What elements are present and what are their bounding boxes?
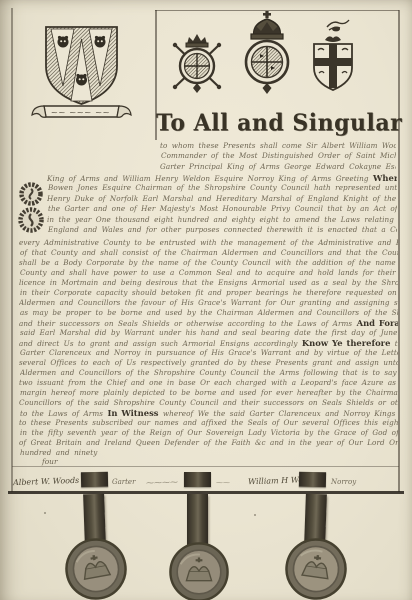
- frame-right: [398, 10, 400, 492]
- script-line: to whom these Presents shall come Sir Al…: [160, 141, 396, 151]
- script-segment: to the Laws of Arms: [20, 409, 107, 418]
- script-line: shall be a Body Corporate by the name of…: [19, 258, 398, 268]
- signature-garter: Albert W. Woods: [13, 476, 80, 487]
- script-segment: in the year One thousand eight hundred a…: [47, 215, 397, 224]
- gothic-phrase: And Forasmuch: [357, 318, 398, 328]
- script-segment: Aldermen and Councillors the favour of H…: [19, 298, 398, 307]
- script-line: Aldermen and Councillors of the Shropshi…: [20, 368, 398, 378]
- script-segment: Commander of the Most Distinguished Orde…: [161, 151, 396, 160]
- signature-office-garter: Garter: [112, 478, 135, 486]
- script-segment: of that County and shall consist of the …: [20, 248, 398, 257]
- script-line: licence in Mortmain and being desirous t…: [19, 278, 398, 288]
- cross-shield-dove-badge-icon: [305, 18, 361, 98]
- gothic-phrase: In Witness: [107, 408, 158, 418]
- script-segment: that We the said: [390, 339, 398, 348]
- script-line: two issuant from the Chief and one in ba…: [19, 378, 398, 388]
- script-line: of Great Britain and Ireland Queen Defen…: [19, 438, 398, 448]
- script-segment: shall be a Body Corporate by the name of…: [19, 258, 398, 267]
- frame-left: [11, 8, 13, 492]
- crowned-garter-badge-icon: [236, 10, 298, 96]
- script-segment: County and shall have power to use a Com…: [20, 268, 398, 277]
- script-line: Henry Duke of Norfolk Earl Marshal and H…: [47, 194, 397, 204]
- script-segment: of Great Britain and Ireland Queen Defen…: [19, 438, 398, 447]
- body-text-medium: King of Arms and William Henry Weldon Es…: [47, 173, 397, 236]
- script-line: every Administrative County to be entrus…: [19, 238, 398, 248]
- signature-office-norroy: Norroy: [331, 478, 356, 486]
- script-line: King of Arms and William Henry Weldon Es…: [47, 173, 397, 183]
- script-segment: King of Arms and William Henry Weldon Es…: [47, 174, 373, 183]
- script-segment: Councillors of the said Shropshire Count…: [19, 398, 398, 407]
- motto-text: ⁓⁓ ⁓⁓⁓ ⁓⁓: [51, 110, 110, 117]
- script-segment: the Garter and one of Her Majesty's Most…: [48, 204, 397, 213]
- grant-of-arms-document: ⁓⁓ ⁓⁓⁓ ⁓⁓: [0, 0, 412, 600]
- script-line: England and Wales and for other purposes…: [48, 225, 397, 235]
- script-segment: in their Corporate capacity should betok…: [20, 288, 398, 297]
- script-segment: Garter Principal King of Arms George Edw…: [160, 162, 396, 171]
- script-line: in their Corporate capacity should betok…: [20, 288, 398, 298]
- script-segment: margin hereof more plainly depicted to b…: [20, 388, 398, 397]
- script-segment: hundred and ninety: [20, 448, 97, 457]
- wax-seal-norroy: [280, 533, 352, 600]
- script-line: to the Laws of Arms In Witness whereof W…: [20, 408, 398, 418]
- seal-ribbon-tab-1: [81, 472, 108, 487]
- signature-clarenceux: ⁓⁓⁓⁓: [146, 477, 178, 487]
- script-line: hundred and ninety: [20, 448, 398, 458]
- gothic-phrase: Whereas: [373, 173, 397, 183]
- script-segment: whereof We the said Garter Clarenceux an…: [159, 409, 398, 418]
- script-line: to these Presents subscribed our names a…: [19, 418, 398, 428]
- script-segment: several Offices to each of Us respective…: [19, 358, 398, 367]
- margin-stamp-upper: [18, 181, 44, 207]
- script-line: as may be proper to be borne and used by…: [20, 308, 398, 318]
- body-text-narrow: to whom these Presents shall come Sir Al…: [160, 141, 396, 173]
- signature-office-clarenceux: ⁓⁓: [216, 479, 230, 487]
- shropshire-coat-of-arms: ⁓⁓ ⁓⁓⁓ ⁓⁓: [30, 22, 132, 122]
- margin-stamp-lower: [17, 206, 45, 234]
- script-segment: in the fifty seventh year of the Reign o…: [20, 428, 398, 437]
- script-line: County and shall have power to use a Com…: [20, 268, 398, 278]
- script-segment: every Administrative County to be entrus…: [19, 238, 398, 247]
- wax-seal-garter: [59, 532, 133, 600]
- script-segment: Aldermen and Councillors of the Shropshi…: [20, 368, 398, 377]
- script-line: Aldermen and Councillors the favour of H…: [19, 298, 398, 308]
- script-line: in the fifty seventh year of the Reign o…: [20, 428, 398, 438]
- script-line: margin hereof more plainly depicted to b…: [20, 388, 398, 398]
- ink-speck: [44, 512, 46, 514]
- script-segment: England and Wales and for other purposes…: [48, 225, 397, 234]
- script-line: Garter Principal King of Arms George Edw…: [160, 162, 396, 172]
- script-segment: said Earl Marshal did by Warrant under h…: [20, 328, 398, 337]
- seal-ribbon-tab-2: [184, 472, 211, 487]
- script-line: and their successors on Seals Shields or…: [19, 318, 398, 328]
- script-segment: and direct Us to grant and assign such A…: [19, 339, 302, 348]
- script-segment: Bowen Jones Esquire Chairman of the Shro…: [48, 183, 397, 192]
- script-line: Councillors of the said Shropshire Count…: [19, 398, 398, 408]
- gothic-phrase: Know Ye therefore: [302, 338, 391, 348]
- document-heading: To All and Singular: [156, 109, 400, 141]
- frame-inner-bottom: [12, 466, 399, 467]
- script-line: said Earl Marshal did by Warrant under h…: [20, 328, 398, 338]
- script-segment: to whom these Presents shall come Sir Al…: [160, 141, 396, 150]
- body-text-wide: every Administrative County to be entrus…: [19, 238, 398, 459]
- script-segment: Garter Clarenceux and Norroy in pursuanc…: [20, 348, 398, 357]
- seal-ribbon-tab-3: [299, 472, 326, 487]
- script-line: Commander of the Most Distinguished Orde…: [161, 151, 396, 161]
- script-line: Bowen Jones Esquire Chairman of the Shro…: [48, 183, 397, 193]
- script-line: and direct Us to grant and assign such A…: [19, 338, 398, 348]
- script-segment: Henry Duke of Norfolk Earl Marshal and H…: [47, 194, 397, 203]
- script-segment: as may be proper to be borne and used by…: [20, 308, 398, 317]
- script-segment: licence in Mortmain and being desirous t…: [19, 278, 398, 287]
- script-line: in the year One thousand eight hundred a…: [47, 215, 397, 225]
- script-line: several Offices to each of Us respective…: [19, 358, 398, 368]
- wax-seal-clarenceux: [168, 541, 230, 600]
- ink-speck: [254, 514, 256, 516]
- script-line: Garter Clarenceux and Norroy in pursuanc…: [20, 348, 398, 358]
- script-segment: and their successors on Seals Shields or…: [19, 319, 357, 328]
- script-line: of that County and shall consist of the …: [20, 248, 398, 258]
- script-segment: two issuant from the Chief and one in ba…: [19, 378, 398, 387]
- crowned-baton-badge-icon: [170, 28, 224, 94]
- script-line: the Garter and one of Her Majesty's Most…: [48, 204, 397, 214]
- body-text-last-line: four: [42, 457, 57, 466]
- script-segment: to these Presents subscribed our names a…: [19, 418, 398, 427]
